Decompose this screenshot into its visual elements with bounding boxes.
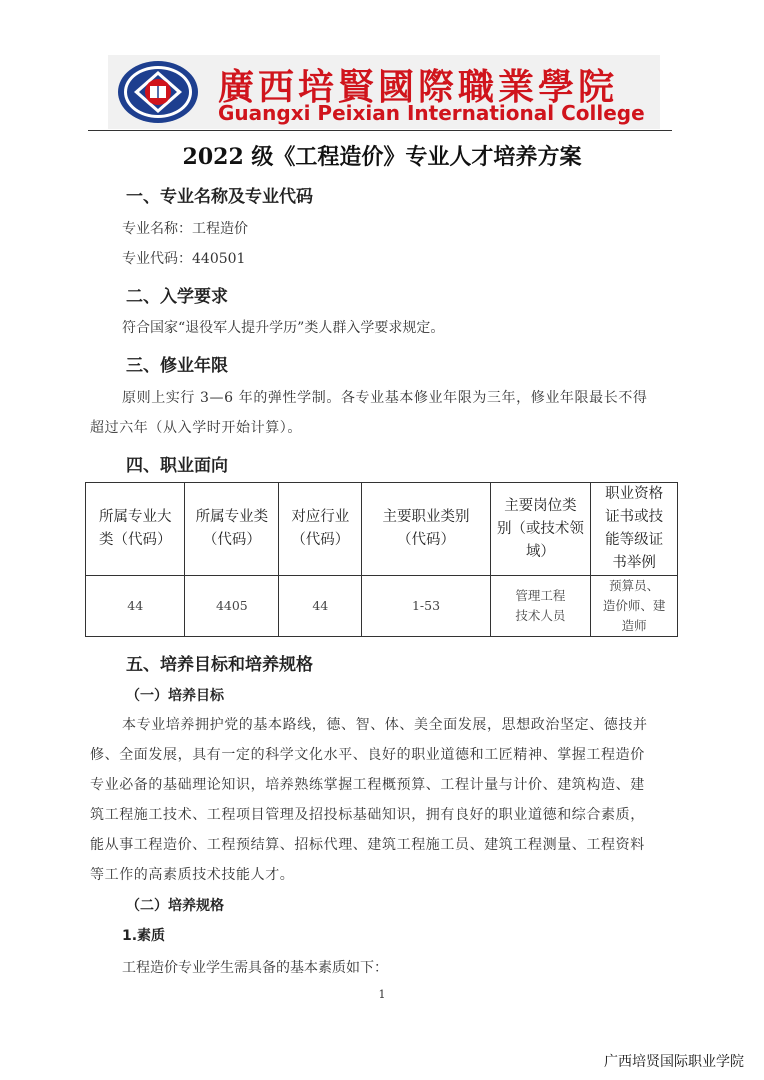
table-header-cell: 对应行业（代码） <box>279 483 362 576</box>
item-heading-quality: 1.素质 <box>122 925 165 945</box>
goals-paragraph-line: 修、全面发展，具有一定的科学文化水平、良好的职业道德和工匠精神、掌握工程造价 <box>90 744 645 764</box>
table-header-cell: 所属专业类（代码） <box>185 483 279 576</box>
table-header-cell: 所属专业大类（代码） <box>86 483 185 576</box>
table-cell: 44 <box>86 576 185 637</box>
section-heading-5: 五、培养目标和培养规格 <box>126 650 313 675</box>
section-heading-3: 三、修业年限 <box>126 351 228 376</box>
subsection-heading-specs: （二）培养规格 <box>126 895 224 915</box>
major-code: 专业代码：440501 <box>122 248 245 268</box>
goals-paragraph-line: 本专业培养拥护党的基本路线，德、智、体、美全面发展，思想政治坚定、德技并 <box>122 714 648 734</box>
goals-paragraph-line: 等工作的高素质技术技能人才。 <box>90 864 294 884</box>
admission-text: 符合国家“退役军人提升学历”类人群入学要求规定。 <box>122 317 444 337</box>
page-number: 1 <box>0 988 764 1001</box>
goals-paragraph-line: 能从事工程造价、工程预结算、招标代理、建筑工程施工员、建筑工程测量、工程资料 <box>90 834 645 854</box>
table-cell: 4405 <box>185 576 279 637</box>
study-years-line-1: 原则上实行 3—6 年的弹性学制。各专业基本修业年限为三年，修业年限最长不得 <box>122 387 648 407</box>
goals-paragraph-line: 筑工程施工技术、工程项目管理及招投标基础知识，拥有良好的职业道德和综合素质， <box>90 804 645 824</box>
table-cell: 预算员、造价师、建造师 <box>591 576 678 637</box>
study-years-line-2: 超过六年（从入学时开始计算）。 <box>90 417 302 437</box>
table-row: 44 4405 44 1-53 管理工程技术人员 预算员、造价师、建造师 <box>86 576 678 637</box>
goals-paragraph-line: 专业必备的基础理论知识，培养熟练掌握工程概预算、工程计量与计价、建筑构造、建 <box>90 774 645 794</box>
subsection-heading-goals: （一）培养目标 <box>126 685 224 705</box>
career-orientation-table: 所属专业大类（代码） 所属专业类（代码） 对应行业（代码） 主要职业类别（代码）… <box>85 482 678 637</box>
section-heading-2: 二、入学要求 <box>126 282 228 307</box>
quality-intro: 工程造价专业学生需具备的基本素质如下： <box>122 957 388 977</box>
major-name: 专业名称：工程造价 <box>122 218 248 238</box>
table-header-row: 所属专业大类（代码） 所属专业类（代码） 对应行业（代码） 主要职业类别（代码）… <box>86 483 678 576</box>
table-cell: 44 <box>279 576 362 637</box>
college-name-en: Guangxi Peixian International College <box>218 101 645 125</box>
table-header-cell: 主要岗位类别（或技术领域） <box>490 483 590 576</box>
table-cell: 管理工程技术人员 <box>490 576 590 637</box>
document-title: 2022 级《工程造价》专业人才培养方案 <box>0 140 764 171</box>
section-heading-1: 一、专业名称及专业代码 <box>126 182 313 207</box>
college-banner: 廣西培賢國際職業學院 Guangxi Peixian International… <box>108 55 660 129</box>
header-divider <box>88 130 672 131</box>
table-cell: 1-53 <box>362 576 490 637</box>
source-watermark: 广西培贤国际职业学院 <box>604 1051 744 1071</box>
section-heading-4: 四、职业面向 <box>126 451 228 476</box>
college-logo-icon <box>116 59 200 125</box>
table-header-cell: 职业资格证书或技能等级证书举例 <box>591 483 678 576</box>
table-header-cell: 主要职业类别（代码） <box>362 483 490 576</box>
